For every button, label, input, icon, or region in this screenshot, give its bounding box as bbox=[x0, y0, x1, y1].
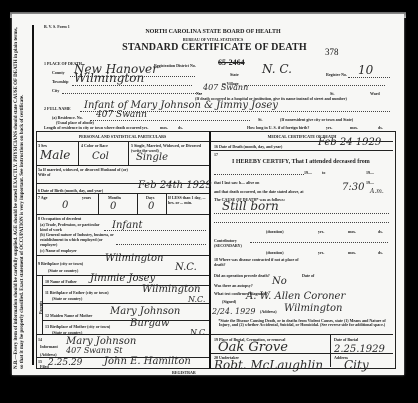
dob-value: Feb 24th 1929 bbox=[138, 180, 212, 191]
age-label: 7 Age bbox=[38, 195, 47, 200]
divider bbox=[42, 320, 209, 321]
color-label: 4 Color or Race bbox=[81, 143, 108, 148]
registration-district-label: Registration District No. bbox=[154, 63, 196, 68]
last-saw-year: 19.... bbox=[366, 180, 374, 185]
residence-yrs-label: yrs. bbox=[142, 125, 148, 130]
registration-district-value: 65-2464 bbox=[218, 58, 245, 67]
trade-label: (a) Trade, Profession, or particular kin… bbox=[40, 222, 105, 232]
death-date-value: Feb 24 1929 bbox=[318, 137, 381, 148]
mother-value: Mary Johnson bbox=[110, 306, 180, 317]
father-birthplace-value: Wilmington bbox=[142, 284, 201, 295]
cause-line bbox=[214, 222, 389, 223]
signed-value: A. W. Allen Coroner bbox=[246, 291, 345, 302]
state-label: State bbox=[230, 72, 239, 77]
autopsy-label: Was there an autopsy? bbox=[214, 283, 253, 288]
death-time: 7:30 bbox=[342, 182, 364, 193]
us-yrs-label: yrs. bbox=[326, 125, 332, 130]
duration-yrs: yrs. bbox=[318, 229, 324, 234]
father-label: 10 Name of Father bbox=[45, 279, 77, 284]
duration-mos: mos. bbox=[348, 229, 356, 234]
mother-birthplace-value: Burgaw bbox=[130, 318, 170, 329]
foreign-birth-label: How long in U. S. if of foreign birth? bbox=[247, 125, 309, 130]
informant-label: Informant bbox=[40, 344, 58, 349]
divider bbox=[36, 214, 209, 215]
form-id: B. V. S. Form 1 bbox=[44, 24, 70, 29]
divider bbox=[211, 353, 393, 354]
us-mos-label: mos. bbox=[350, 125, 358, 130]
undertaker-value: Robt. McLaughlin bbox=[214, 358, 323, 372]
father-birthplace-label: 11 Birthplace of Father (city or town) bbox=[45, 290, 109, 295]
residence-ds-label: ds. bbox=[178, 125, 183, 130]
date-of-label: Date of bbox=[302, 273, 314, 278]
to-label: to bbox=[322, 170, 325, 175]
father-birthplace-sublabel: (State or country) bbox=[52, 296, 82, 301]
divider bbox=[330, 334, 331, 367]
birthplace-state-value: N.C. bbox=[175, 262, 197, 273]
years-value: 0 bbox=[62, 200, 68, 211]
color-value: Col bbox=[92, 151, 109, 162]
divider bbox=[36, 334, 209, 335]
state-value: N. C. bbox=[262, 62, 292, 76]
last-saw-label: that I last saw h.... alive on bbox=[214, 180, 259, 185]
birthplace-label: 9 Birthplace (city or town) bbox=[38, 261, 83, 266]
to-year: 19.... bbox=[366, 170, 374, 175]
registrar-label: REGISTRAR bbox=[172, 370, 196, 375]
street-value: 407 Swann bbox=[203, 83, 248, 92]
medical-address-label: (Address) bbox=[260, 309, 277, 314]
personal-section-title: PERSONAL AND STATISTICAL PARTICULARS bbox=[36, 134, 209, 139]
autopsy-value: No bbox=[272, 276, 287, 287]
signed-date: 2/24. 1929 bbox=[212, 307, 255, 316]
divider bbox=[36, 193, 209, 194]
register-no-label: Register No. bbox=[326, 72, 347, 77]
sex-value: Male bbox=[40, 148, 70, 162]
informant-number: 14 bbox=[38, 337, 42, 342]
burial-date-label: Date of Burial bbox=[334, 337, 358, 342]
contributory-label: Contributory (SECONDARY) bbox=[214, 238, 254, 248]
years-label: years bbox=[82, 195, 91, 200]
cause-value: Still born bbox=[222, 199, 279, 213]
signed-label: (Signed) bbox=[222, 299, 236, 304]
divider bbox=[98, 193, 99, 214]
us-ds-label: ds. bbox=[378, 125, 383, 130]
father-value: Jimmie Josey bbox=[90, 273, 155, 284]
divider bbox=[166, 193, 167, 214]
mother-birthplace-state: N.C. bbox=[190, 328, 207, 337]
employer-label: (c) Name of employer bbox=[40, 248, 77, 253]
register-line bbox=[348, 77, 390, 78]
cause-footnote: *State the Disease Causing Death, or in … bbox=[214, 319, 390, 327]
days-value: 0 bbox=[148, 201, 154, 212]
certificate-number: 378 bbox=[325, 47, 339, 57]
registrar-signature: John E. Hamilton bbox=[104, 356, 191, 367]
village-line bbox=[245, 85, 385, 86]
divider bbox=[211, 150, 393, 151]
mother-label: 12 Maiden Name of Mother bbox=[45, 313, 92, 318]
contributory-line bbox=[250, 242, 388, 243]
register-no-value: 10 bbox=[358, 63, 373, 77]
nonresident-note: (If nonresident give city or town and St… bbox=[280, 117, 392, 122]
divider bbox=[211, 334, 393, 335]
death-occurred-label: and that death occurred, on the date sta… bbox=[214, 189, 304, 194]
occupation-label: 8 Occupation of decedent bbox=[38, 216, 81, 221]
duration2-mos: mos. bbox=[348, 250, 356, 255]
duration-label: (duration) bbox=[266, 229, 284, 234]
months-label: Months bbox=[108, 195, 121, 200]
township-label: Township bbox=[52, 79, 69, 84]
residence-line bbox=[90, 120, 250, 121]
less-than-day-label: If LESS than 1 day, ... hrs. or ... min. bbox=[168, 195, 208, 205]
city-line bbox=[62, 93, 202, 94]
full-name-label: 2 FULL NAME bbox=[44, 106, 71, 111]
operation-label: Did an operation precede death? bbox=[214, 273, 270, 278]
divider bbox=[36, 141, 209, 142]
residence-value: 407 Swann bbox=[96, 110, 147, 120]
residence-mos-label: mos. bbox=[160, 125, 168, 130]
mother-birthplace-label: 13 Birthplace of Mother (city or town) bbox=[45, 324, 110, 329]
where-contracted-label: 18 Where was disease contracted if not a… bbox=[214, 257, 304, 267]
filed-value: 2.25.29 bbox=[48, 358, 82, 368]
medical-address-value: Wilmington bbox=[284, 303, 343, 314]
divider bbox=[128, 141, 129, 165]
residence-st-label: St. bbox=[258, 117, 263, 122]
duration2-yrs: yrs. bbox=[318, 250, 324, 255]
township-value: Wilmington bbox=[74, 71, 144, 85]
divider bbox=[36, 165, 209, 166]
birthplace-value: Wilmington bbox=[105, 253, 164, 264]
left-frame-line bbox=[32, 25, 34, 365]
city-label: City bbox=[52, 88, 59, 93]
side-instructions: N.B.—Every item of information should be… bbox=[14, 24, 32, 369]
item-17: 17 bbox=[214, 152, 218, 157]
industry-label: (b) General nature of Industry, business… bbox=[40, 232, 120, 247]
months-value: 0 bbox=[110, 201, 116, 212]
trade-line bbox=[104, 230, 206, 231]
duration-ds: ds. bbox=[378, 229, 383, 234]
industry-line bbox=[116, 244, 206, 245]
county-label: County bbox=[52, 70, 65, 75]
informant-address-value: 407 Swann St bbox=[66, 346, 122, 355]
divider bbox=[42, 303, 209, 304]
undertaker-address-value: City bbox=[344, 358, 369, 372]
from-line bbox=[214, 174, 304, 175]
duration2-label: (duration) bbox=[266, 250, 284, 255]
length-of-residence-label: Length of residence in city or town wher… bbox=[44, 125, 141, 130]
divider bbox=[78, 141, 79, 165]
township-line bbox=[72, 85, 192, 86]
board-name: NORTH CAROLINA STATE BOARD OF HEALTH bbox=[133, 29, 293, 35]
from-year: 19.... bbox=[304, 170, 312, 175]
certify-text: I HEREBY CERTIFY, That I attended deceas… bbox=[232, 159, 370, 165]
duration2-ds: ds. bbox=[378, 250, 383, 255]
am-label: A.m. bbox=[370, 188, 384, 195]
birthplace-state-label: (State or country) bbox=[48, 268, 78, 273]
spouse-label: 5a If married, widowed, or divorced Husb… bbox=[38, 167, 128, 177]
divider bbox=[137, 193, 138, 214]
certificate-title: STANDARD CERTIFICATE OF DEATH bbox=[122, 42, 307, 53]
days-label: Days bbox=[146, 195, 154, 200]
cause-line bbox=[214, 213, 389, 214]
death-date-label: 16 Date of Death (month, day, and year) bbox=[214, 144, 282, 149]
marital-value: Single bbox=[136, 152, 168, 163]
side-instructions-text: N.B.—Every item of information should be… bbox=[14, 24, 26, 369]
